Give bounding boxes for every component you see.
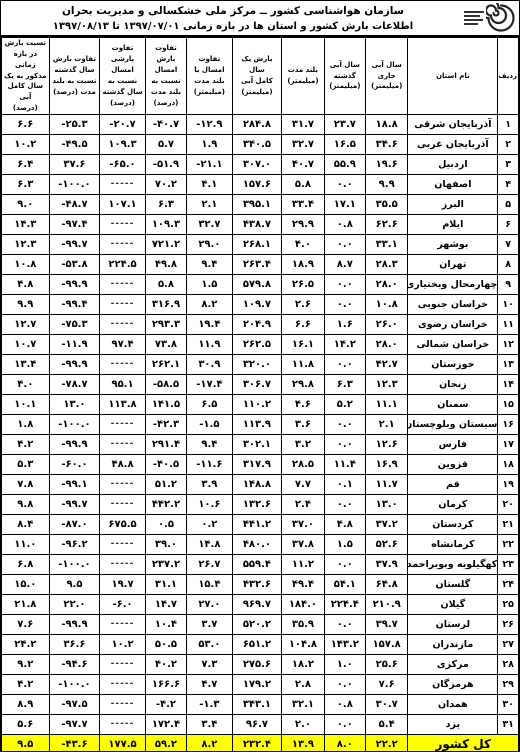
province-name-cell: مرکزی (408, 654, 498, 674)
value-cell: ۰.۰ (324, 234, 365, 254)
value-cell: ۴.۱ (187, 174, 232, 194)
value-cell: ۳۱.۱ (145, 574, 186, 594)
row-number-cell: ۱۹ (498, 474, 519, 494)
value-cell: ۱۴۳.۲ (324, 634, 365, 654)
province-row: ۲آذربایجان غربی۳۴.۶۱۶.۵۳۲.۷۳۴۰.۵۱.۹۵.۷۱۰… (2, 134, 519, 154)
value-cell: ۱۰.۲ (2, 134, 50, 154)
value-cell: ۷.۶ (2, 614, 50, 634)
column-header: تفاوت بارش امسال نسبت به بلند مدت (درصد) (145, 38, 186, 115)
value-cell: ----- (100, 474, 145, 494)
value-cell: ----- (100, 534, 145, 554)
value-cell: ۱۰.۷ (2, 334, 50, 354)
value-cell: ۸.۹ (2, 694, 50, 714)
value-cell: -۹۹.۹ (49, 354, 100, 374)
value-cell: ۶.۴ (2, 154, 50, 174)
value-cell: ۲۳۷.۲ (145, 554, 186, 574)
value-cell: ۸.۲ (187, 294, 232, 314)
value-cell: ۶.۶ (282, 314, 324, 334)
value-cell: ۰.۰ (324, 494, 365, 514)
value-cell: ۳۰۷.۰ (232, 154, 282, 174)
value-cell: ۳۳.۱ (365, 234, 407, 254)
province-row: ۱۱خراسان رضوی۲۶.۰۱.۶۶.۶۲۰۴.۹۱۹.۴۲۹۳.۳---… (2, 314, 519, 334)
value-cell: ۱۲.۶ (365, 434, 407, 454)
province-name-cell: کرمانشاه (408, 534, 498, 554)
value-cell: ----- (100, 414, 145, 434)
value-cell: ۶۷۵.۵ (100, 514, 145, 534)
column-header: نام استان (408, 38, 498, 115)
value-cell: ۶۲.۶ (365, 214, 407, 234)
value-cell: ۱۷۹.۲ (232, 674, 282, 694)
row-number-cell: ۲۷ (498, 634, 519, 654)
column-header: سال آبی جاری (میلیمتر) (365, 38, 407, 115)
value-cell: ۴۴۲.۲ (145, 494, 186, 514)
province-name-cell: کردستان (408, 514, 498, 534)
value-cell: ۳۴۰.۵ (232, 134, 282, 154)
value-cell: ۴.۶ (282, 394, 324, 414)
value-cell: -۴۰.۷ (145, 114, 186, 134)
value-cell: ۲۶.۵ (282, 274, 324, 294)
value-cell: ۱۴۱.۵ (145, 394, 186, 414)
value-cell: ۳۱۷.۹ (232, 454, 282, 474)
table-header: ردیفنام استانسال آبی جاری (میلیمتر)سال آ… (2, 38, 519, 115)
value-cell: ۰.۰ (324, 274, 365, 294)
value-cell: ۲.۱ (187, 194, 232, 214)
row-number-cell: ۲۱ (498, 514, 519, 534)
value-cell: -۲۱.۱ (187, 154, 232, 174)
value-cell: ۰.۵ (145, 514, 186, 534)
value-cell: ۲۹.۰ (187, 234, 232, 254)
value-cell: -۱۱.۶ (187, 454, 232, 474)
value-cell: ۵۰.۵ (145, 634, 186, 654)
value-cell: ۳۶.۶ (49, 634, 100, 654)
value-cell: ۹.۹ (2, 294, 50, 314)
value-cell: ۲۸.۳ (365, 254, 407, 274)
total-label-cell: کل کشور (408, 734, 519, 752)
value-cell: ----- (100, 314, 145, 334)
precipitation-table: ردیفنام استانسال آبی جاری (میلیمتر)سال آ… (1, 37, 519, 752)
value-cell: ۲۲۴.۵ (100, 254, 145, 274)
value-cell: ۶۵۱.۲ (232, 634, 282, 654)
value-cell: ۹.۰ (2, 194, 50, 214)
value-cell: ۳۲۰.۰ (232, 354, 282, 374)
province-row: ۱۲خراسان شمالی۲۸.۰۱۴.۲۱۶.۱۲۶۲.۵۱۱.۹۷۳.۸۹… (2, 334, 519, 354)
value-cell: ۲۸.۰ (365, 334, 407, 354)
value-cell: ۱۱۳.۸ (100, 394, 145, 414)
province-row: ۲۰کرمان۱۳.۰۰.۰۲.۴۱۳۲.۶۱۰.۶۴۴۲.۲------۹۹.… (2, 494, 519, 514)
row-number-cell: ۲۶ (498, 614, 519, 634)
value-cell: ۳۴.۶ (365, 134, 407, 154)
value-cell: ۱.۹ (187, 134, 232, 154)
value-cell: ۶.۳ (324, 374, 365, 394)
province-row: ۲۴گلستان۶۴.۸۵۴.۱۴۹.۴۴۳۲.۶۱۵.۴۳۱.۱۱۹.۷۹.۵… (2, 574, 519, 594)
value-cell: -۹۹.۹ (49, 434, 100, 454)
row-number-cell: ۷ (498, 234, 519, 254)
value-cell: ۹۶۹.۷ (232, 594, 282, 614)
value-cell: ۹.۹ (365, 174, 407, 194)
value-cell: -۱۱.۹ (49, 334, 100, 354)
value-cell: ۳۹.۰ (145, 534, 186, 554)
value-cell: ۱۷۲.۴ (145, 714, 186, 734)
province-name-cell: خراسان جنوبی (408, 294, 498, 314)
value-cell: ۷۰.۲ (145, 174, 186, 194)
province-row: ۳۰همدان۳۰.۷۰.۸۳۲.۱۳۴۳.۱-۱.۳-۴.۲------۹۷.… (2, 694, 519, 714)
value-cell: -۹۹.۹ (49, 274, 100, 294)
value-cell: ۲۲۴.۴ (324, 594, 365, 614)
value-cell: ۳۰۲.۱ (232, 434, 282, 454)
value-cell: -۹۷.۷ (49, 714, 100, 734)
value-cell: -۱۰۰.۰ (49, 174, 100, 194)
value-cell: ۲۴.۲ (2, 634, 50, 654)
row-number-cell: ۳۰ (498, 694, 519, 714)
province-row: ۷بوشهر۳۳.۱۰.۰۴.۰۲۶۸.۱۲۹.۰۷۲۱.۲------۹۹.۷… (2, 234, 519, 254)
value-cell: -۶.۰ (100, 594, 145, 614)
column-header: بلند مدت (میلیمتر) (282, 38, 324, 115)
total-value-cell: ۱۳.۹ (282, 734, 324, 752)
value-cell: ۱۳.۰ (49, 394, 100, 414)
province-row: ۲۳کهگیلویه وبویراحمد۳۷.۹۰.۰۱۱.۲۵۵۹.۴۲۶.۷… (2, 554, 519, 574)
value-cell: ۶.۸ (2, 554, 50, 574)
value-cell: ۶.۵ (187, 394, 232, 414)
value-cell: ۷۳.۸ (145, 334, 186, 354)
value-cell: ۰.۰ (324, 554, 365, 574)
value-cell: ۳۵.۹ (282, 614, 324, 634)
value-cell: -۸۷.۰ (49, 514, 100, 534)
value-cell: -۴۰.۵ (145, 454, 186, 474)
value-cell: ۵.۸ (145, 274, 186, 294)
province-name-cell: البرز (408, 194, 498, 214)
province-name-cell: سمنان (408, 394, 498, 414)
value-cell: -۴۸.۷ (49, 194, 100, 214)
value-cell: ۱۳۲.۶ (232, 494, 282, 514)
value-cell: ۱۲.۷ (2, 314, 50, 334)
value-cell: ۹.۲ (2, 654, 50, 674)
value-cell: ۲.۰ (282, 714, 324, 734)
row-number-cell: ۳۱ (498, 714, 519, 734)
value-cell: ۱۰.۸ (2, 254, 50, 274)
province-row: ۴اصفهان۹.۹۰.۰۵.۸۱۵۷.۶۴.۱۷۰.۲------۱۰۰.۰۶… (2, 174, 519, 194)
value-cell: ۹.۴ (187, 254, 232, 274)
value-cell: ۱۹.۴ (187, 314, 232, 334)
value-cell: -۱.۵ (187, 414, 232, 434)
value-cell: ۴۹.۸ (145, 254, 186, 274)
row-number-cell: ۱۱ (498, 314, 519, 334)
value-cell: ۱۰.۴ (145, 614, 186, 634)
value-cell: -۷۵.۳ (49, 314, 100, 334)
value-cell: ۱۰۴.۸ (282, 634, 324, 654)
province-row: ۲۶لرستان۳۹.۷۰.۰۳۵.۹۵۲۰.۲۳.۷۱۰.۴------۹۹.… (2, 614, 519, 634)
value-cell: ۲.۶ (282, 294, 324, 314)
value-cell: ۶۴.۸ (365, 574, 407, 594)
value-cell: ۲۹.۸ (282, 374, 324, 394)
value-cell: ۰.۰ (324, 174, 365, 194)
row-number-cell: ۲۳ (498, 554, 519, 574)
value-cell: ۵۷۹.۸ (232, 274, 282, 294)
row-number-cell: ۱۷ (498, 434, 519, 454)
value-cell: ۱۹.۷ (100, 574, 145, 594)
row-number-cell: ۲۹ (498, 674, 519, 694)
value-cell: ۲۰۴.۹ (232, 314, 282, 334)
value-cell: ۱.۰ (324, 654, 365, 674)
value-cell: ۱۶.۵ (324, 134, 365, 154)
value-cell: ۰.۲ (187, 514, 232, 534)
value-cell: ۰.۸ (324, 214, 365, 234)
column-header: تفاوت امسال با بلند مدت (میلیمتر) (187, 38, 232, 115)
value-cell: ۵.۸ (282, 174, 324, 194)
value-cell: ۲۳.۷ (324, 114, 365, 134)
value-cell: -۶۰.۰ (49, 454, 100, 474)
row-number-cell: ۲ (498, 134, 519, 154)
spiral-cyclone-icon (486, 3, 516, 33)
value-cell: ۸.۴ (2, 514, 50, 534)
value-cell: ۲۱۰.۹ (365, 594, 407, 614)
row-number-cell: ۹ (498, 274, 519, 294)
value-cell: ۱۱.۸ (282, 354, 324, 374)
value-cell: ۲۹۱.۴ (145, 434, 186, 454)
value-cell: ۱.۵ (324, 534, 365, 554)
value-cell: ۳۱۶.۹ (145, 294, 186, 314)
value-cell: ۳۷.۸ (282, 534, 324, 554)
value-cell: ۱۵۷.۸ (365, 634, 407, 654)
value-cell: -۹۹.۷ (49, 234, 100, 254)
value-cell: -۱۲.۹ (187, 114, 232, 134)
value-cell: ۴.۷ (187, 674, 232, 694)
province-name-cell: آذربایجان غربی (408, 134, 498, 154)
value-cell: ۱۳.۰ (365, 494, 407, 514)
value-cell: ۲۷۵.۶ (232, 654, 282, 674)
value-cell: ۱.۸ (2, 414, 50, 434)
value-cell: ۶.۳ (2, 174, 50, 194)
value-cell: -۹۴.۶ (49, 654, 100, 674)
value-cell: ----- (100, 614, 145, 634)
value-cell: ۱۵.۰ (2, 574, 50, 594)
value-cell: ۰.۰ (324, 614, 365, 634)
column-header: بارش یک سال کامل آبی (میلیمتر) (232, 38, 282, 115)
row-number-cell: ۳ (498, 154, 519, 174)
province-name-cell: آذربایجان شرقی (408, 114, 498, 134)
row-number-cell: ۱۳ (498, 354, 519, 374)
province-row: ۲۹هرمزگان۷.۶۰.۰۲.۸۱۷۹.۲۴.۷۱۶۶.۶------۱۰۰… (2, 674, 519, 694)
total-value-cell: ۲۳۲.۴ (232, 734, 282, 752)
value-cell: ۱۴.۸ (187, 534, 232, 554)
value-cell: ۴۹.۴ (282, 574, 324, 594)
value-cell: ۳۲.۷ (282, 134, 324, 154)
value-cell: ----- (100, 234, 145, 254)
column-header: تفاوت بارشی امسال نسبت به سال گذشته (درص… (100, 38, 145, 115)
value-cell: ۵۳.۰ (187, 634, 232, 654)
province-name-cell: هرمزگان (408, 674, 498, 694)
province-row: ۳اردبیل۱۹.۶۵۵.۹۴۰.۷۳۰۷.۰-۲۱.۱-۵۱.۹-۶۵.۰۳… (2, 154, 519, 174)
value-cell: ۱۱۳.۹ (232, 414, 282, 434)
value-cell: ۳۰.۷ (365, 694, 407, 714)
value-cell: ۱۱۰.۲ (232, 394, 282, 414)
value-cell: ۱۱.۲ (282, 554, 324, 574)
value-cell: ۴۰.۷ (282, 154, 324, 174)
value-cell: -۵۱.۹ (145, 154, 186, 174)
value-cell: ----- (100, 214, 145, 234)
province-name-cell: تهران (408, 254, 498, 274)
province-name-cell: زنجان (408, 374, 498, 394)
province-row: ۲۷مازندران۱۵۷.۸۱۴۳.۲۱۰۴.۸۶۵۱.۲۵۳.۰۵۰.۵۱۰… (2, 634, 519, 654)
value-cell: -۱۰۰.۰ (49, 674, 100, 694)
value-cell: ۴۳۸.۷ (232, 214, 282, 234)
value-cell: ----- (100, 714, 145, 734)
value-cell: ۹.۵ (49, 574, 100, 594)
value-cell: ۷.۶ (365, 674, 407, 694)
province-row: ۲۱کردستان۳۷.۲۴.۸۳۷.۰۴۴۱.۲۰.۲۰.۵۶۷۵.۵-۸۷.… (2, 514, 519, 534)
value-cell: ۱۰.۸ (365, 294, 407, 314)
value-cell: -۹۹.۱ (49, 474, 100, 494)
province-name-cell: خوزستان (408, 354, 498, 374)
value-cell: ۹۶.۷ (232, 714, 282, 734)
row-number-cell: ۱۲ (498, 334, 519, 354)
column-header: نسبت بارش در بازه زمانی مذکور به یک سال … (2, 38, 50, 115)
province-name-cell: خراسان شمالی (408, 334, 498, 354)
row-number-cell: ۱۶ (498, 414, 519, 434)
value-cell: ۱۰۷.۱ (100, 194, 145, 214)
value-cell: ----- (100, 654, 145, 674)
value-cell: -۹۹.۴ (49, 294, 100, 314)
value-cell: ۱۵.۴ (187, 574, 232, 594)
value-cell: ۳۷.۰ (282, 514, 324, 534)
value-cell: ۰.۱ (324, 474, 365, 494)
value-cell: ۱۰.۲ (100, 634, 145, 654)
province-name-cell: قم (408, 474, 498, 494)
value-cell: ۳.۴ (187, 714, 232, 734)
value-cell: ۰.۸ (324, 694, 365, 714)
value-cell: ۶.۳ (145, 194, 186, 214)
province-row: ۲۵گیلان۲۱۰.۹۲۲۴.۴۱۸۴.۰۹۶۹.۷۲۷.۰۱۴.۷-۶.۰۲… (2, 594, 519, 614)
province-row: ۱آذربایجان شرقی۱۸.۸۲۳.۷۳۱.۷۲۸۴.۸-۱۲.۹-۴۰… (2, 114, 519, 134)
value-cell: ----- (100, 294, 145, 314)
value-cell: ۴۳۲.۶ (232, 574, 282, 594)
value-cell: ۱۸.۹ (282, 254, 324, 274)
value-cell: ۱۲.۳ (2, 234, 50, 254)
row-number-cell: ۱۰ (498, 294, 519, 314)
value-cell: ۵۱.۲ (145, 474, 186, 494)
value-cell: ۲.۴ (282, 494, 324, 514)
row-number-cell: ۱۸ (498, 454, 519, 474)
value-cell: -۴.۲ (145, 694, 186, 714)
value-cell: ۳۷.۹ (365, 554, 407, 574)
value-cell: ۴.۸ (2, 274, 50, 294)
value-cell: ۴۲.۷ (365, 354, 407, 374)
value-cell: ۷۲۱.۲ (145, 234, 186, 254)
value-cell: -۵۸.۵ (145, 374, 186, 394)
value-cell: ----- (100, 434, 145, 454)
value-cell: ----- (100, 694, 145, 714)
value-cell: ----- (100, 554, 145, 574)
value-cell: ۲۶۲.۱ (145, 354, 186, 374)
value-cell: ۰.۰ (324, 354, 365, 374)
province-name-cell: همدان (408, 694, 498, 714)
report-title-band: سازمان هواشناسی کشور ــ مرکز ملی خشکسالی… (1, 1, 519, 37)
value-cell: ۱۱.۴ (324, 454, 365, 474)
value-cell: ۲۹۳.۳ (145, 314, 186, 334)
province-name-cell: ایلام (408, 214, 498, 234)
value-cell: ۱۵۷.۶ (232, 174, 282, 194)
total-value-cell: ۸.۰ (324, 734, 365, 752)
value-cell: ۱۱.۹ (187, 334, 232, 354)
province-row: ۱۵سمنان۱۱.۱۵.۲۴.۶۱۱۰.۲۶.۵۱۴۱.۵۱۱۳.۸۱۳.۰۱… (2, 394, 519, 414)
value-cell: ۵۴.۱ (324, 574, 365, 594)
value-cell: ۲۱.۸ (2, 594, 50, 614)
province-name-cell: اردبیل (408, 154, 498, 174)
row-number-cell: ۴ (498, 174, 519, 194)
value-cell: ۴.۰ (282, 234, 324, 254)
province-row: ۱۰خراسان جنوبی۱۰.۸۰.۰۲.۶۱۰۹.۷۸.۲۳۱۶.۹---… (2, 294, 519, 314)
value-cell: ۳۱.۷ (282, 114, 324, 134)
row-number-cell: ۲۰ (498, 494, 519, 514)
value-cell: ۱۸.۸ (365, 114, 407, 134)
value-cell: ۰.۰ (324, 414, 365, 434)
value-cell: ۱۴.۷ (145, 594, 186, 614)
province-row: ۹چهارمحال وبختیاری۲۸.۰۰.۰۲۶.۵۵۷۹.۸۱.۵۵.۸… (2, 274, 519, 294)
value-cell: ۱۰۹.۳ (100, 134, 145, 154)
value-cell: ۳۰۶.۷ (232, 374, 282, 394)
value-cell: ۹۵.۱ (100, 374, 145, 394)
province-name-cell: لرستان (408, 614, 498, 634)
value-cell: ۱.۶ (324, 314, 365, 334)
value-cell: ۰.۰ (324, 714, 365, 734)
value-cell: ۲۲.۰ (49, 594, 100, 614)
province-name-cell: قزوین (408, 454, 498, 474)
value-cell: ۷.۸ (2, 474, 50, 494)
value-cell: ۱۴۸.۸ (232, 474, 282, 494)
province-row: ۱۳خوزستان۴۲.۷۰.۰۱۱.۸۳۲۰.۰۳۰.۹۲۶۲.۱------… (2, 354, 519, 374)
value-cell: ۲.۱ (365, 414, 407, 434)
value-cell: ۱۷.۱ (324, 194, 365, 214)
value-cell: -۲۰.۷ (100, 114, 145, 134)
province-row: ۵البرز۳۵.۵۱۷.۱۳۳.۴۳۹۵.۱۲.۱۶.۳۱۰۷.۱-۴۸.۷۹… (2, 194, 519, 214)
province-row: ۱۶سیستان وبلوچستان۲.۱۰.۰۳.۶۱۱۳.۹-۱.۵-۴۲.… (2, 414, 519, 434)
value-cell: -۱۷.۴ (187, 374, 232, 394)
value-cell: ۲۶۳.۴ (232, 254, 282, 274)
value-cell: ۲۸.۵ (282, 454, 324, 474)
value-cell: ۳۹.۷ (365, 614, 407, 634)
value-cell: ۴.۲ (2, 434, 50, 454)
row-number-cell: ۱۵ (498, 394, 519, 414)
value-cell: ۱۸۴.۰ (282, 594, 324, 614)
province-row: ۱۴زنجان۱۲.۳۶.۳۲۹.۸۳۰۶.۷-۱۷.۴-۵۸.۵۹۵.۱-۷۸… (2, 374, 519, 394)
province-name-cell: اصفهان (408, 174, 498, 194)
value-cell: ۵۲.۶ (365, 534, 407, 554)
row-number-cell: ۸ (498, 254, 519, 274)
province-row: ۸تهران۲۸.۳۸.۷۱۸.۹۲۶۳.۴۹.۴۴۹.۸۲۲۴.۵-۵۳.۸۱… (2, 254, 519, 274)
province-row: ۳۱یزد۵.۴۰.۰۲.۰۹۶.۷۳.۴۱۷۲.۴------۹۷.۷۵.۶ (2, 714, 519, 734)
value-cell: ۲۶.۷ (187, 554, 232, 574)
province-name-cell: کرمان (408, 494, 498, 514)
value-cell: ۹.۸ (2, 494, 50, 514)
province-name-cell: مازندران (408, 634, 498, 654)
value-cell: -۹۷.۴ (49, 214, 100, 234)
value-cell: ۳۰.۹ (187, 354, 232, 374)
value-cell: ۳.۹ (187, 474, 232, 494)
value-cell: ۲۵.۶ (365, 654, 407, 674)
total-value-cell: ۵۹.۲ (145, 734, 186, 752)
value-cell: ۰.۰ (324, 434, 365, 454)
value-cell: -۹۶.۲ (49, 534, 100, 554)
value-cell: -۴۹.۵ (49, 134, 100, 154)
value-cell: -۵۳.۸ (49, 254, 100, 274)
province-row: ۲۲کرمانشاه۵۲.۶۱.۵۳۷.۸۴۸۰.۰۱۴.۸۳۹.۰------… (2, 534, 519, 554)
value-cell: -۲۵.۳ (49, 114, 100, 134)
logo-text-lines-decoration (464, 11, 484, 25)
value-cell: ۱۴.۳ (2, 214, 50, 234)
total-value-cell: ۹.۵ (2, 734, 50, 752)
value-cell: -۱۰۰.۰ (49, 414, 100, 434)
value-cell: ۵.۲ (324, 394, 365, 414)
value-cell: ۴.۲ (2, 674, 50, 694)
